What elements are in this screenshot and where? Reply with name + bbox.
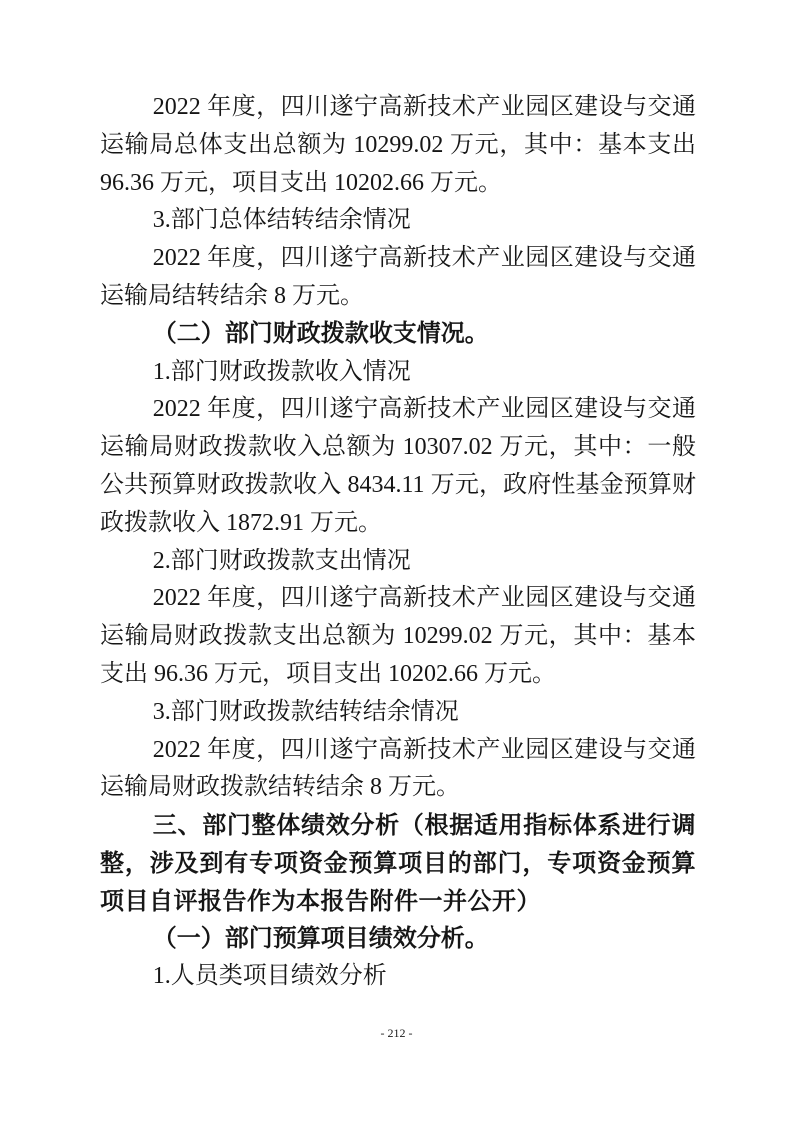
heading-section-fiscal-appropriation: （二）部门财政拨款收支情况。 bbox=[100, 316, 696, 354]
document-page: 2022 年度，四川遂宁高新技术产业园区建设与交通运输局总体支出总额为 1029… bbox=[0, 0, 793, 1122]
heading-section-performance-analysis: 三、部门整体绩效分析（根据适用指标体系进行调整，涉及到有专项资金预算项目的部门，… bbox=[100, 807, 696, 920]
heading-fiscal-income: 1.部门财政拨款收入情况 bbox=[100, 354, 696, 392]
para-overall-expenditure: 2022 年度，四川遂宁高新技术产业园区建设与交通运输局总体支出总额为 1029… bbox=[100, 89, 696, 202]
heading-fiscal-expenditure: 2.部门财政拨款支出情况 bbox=[100, 543, 696, 581]
para-fiscal-carryover: 2022 年度，四川遂宁高新技术产业园区建设与交通运输局财政拨款结转结余 8 万… bbox=[100, 732, 696, 808]
para-fiscal-expenditure: 2022 年度，四川遂宁高新技术产业园区建设与交通运输局财政拨款支出总额为 10… bbox=[100, 580, 696, 693]
para-fiscal-income: 2022 年度，四川遂宁高新技术产业园区建设与交通运输局财政拨款收入总额为 10… bbox=[100, 391, 696, 542]
document-body: 2022 年度，四川遂宁高新技术产业园区建设与交通运输局总体支出总额为 1029… bbox=[100, 89, 696, 996]
heading-fiscal-carryover: 3.部门财政拨款结转结余情况 bbox=[100, 694, 696, 732]
para-overall-carryover: 2022 年度，四川遂宁高新技术产业园区建设与交通运输局结转结余 8 万元。 bbox=[100, 240, 696, 316]
heading-budget-project-performance: （一）部门预算项目绩效分析。 bbox=[100, 921, 696, 959]
heading-personnel-project-performance: 1.人员类项目绩效分析 bbox=[100, 958, 696, 996]
heading-overall-carryover: 3.部门总体结转结余情况 bbox=[100, 202, 696, 240]
page-number: - 212 - bbox=[0, 1026, 793, 1041]
